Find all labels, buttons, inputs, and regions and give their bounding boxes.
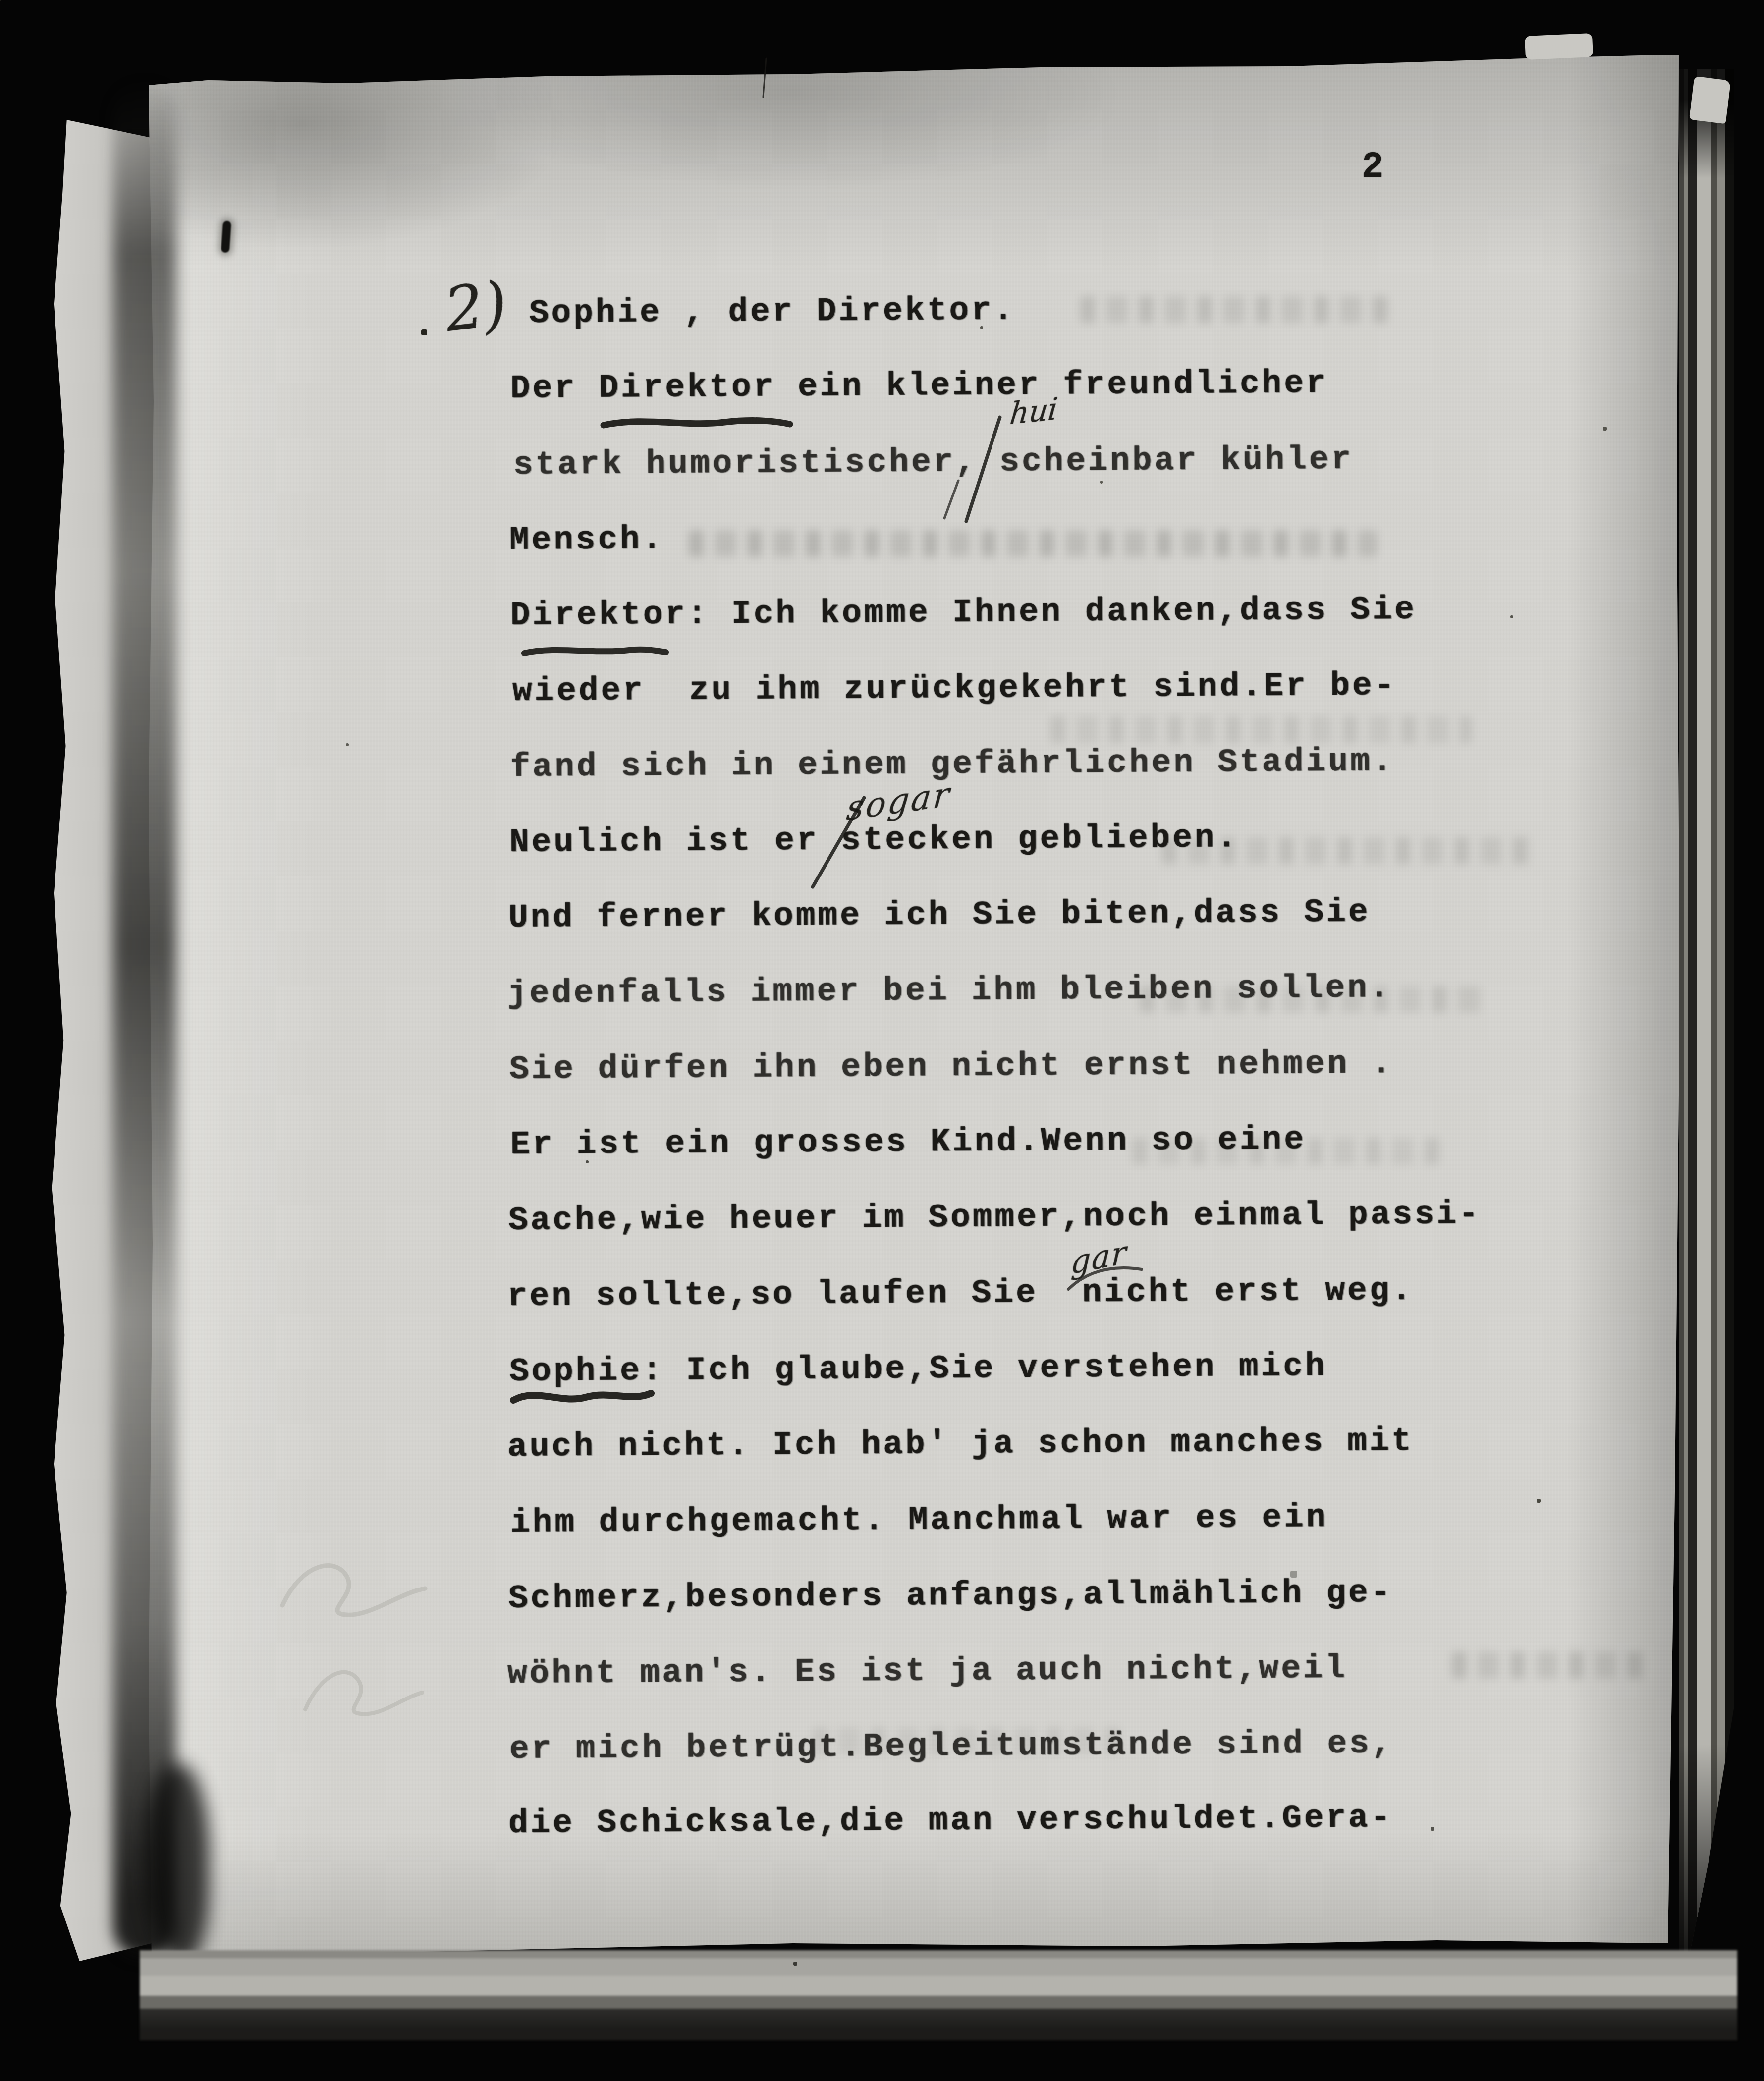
page-number: 2	[1362, 147, 1383, 188]
typed-line: Sophie: Ich glaube,Sie verstehen mich	[509, 1350, 1327, 1388]
bleedthrough-text-line	[689, 530, 1378, 557]
typed-line: stark humoristischer, scheinbar kühler	[513, 443, 1353, 482]
typed-line: er mich betrügt.Begleitumstände sind es,	[509, 1727, 1394, 1766]
scanned-manuscript-photo: 2 2) Sophie , der Direktor. Der Direktor…	[0, 0, 1764, 2081]
typed-line: ren sollte,so laufen Sie nicht erst weg.	[507, 1274, 1414, 1313]
dust-specks	[0, 0, 1, 1]
left-crease-shadow	[113, 84, 176, 1957]
typed-line: wieder zu ihm zurückgekehrt sind.Er be-	[512, 669, 1397, 708]
page-stack-right-edge	[1679, 69, 1734, 1972]
bleedthrough-text-line	[1050, 716, 1472, 743]
torn-sliver-top-edge	[1525, 33, 1593, 60]
typed-line: die Schicksale,die man verschuldet.Gera-	[508, 1802, 1393, 1840]
typed-line: auch nicht. Ich hab' ja schon manches mi…	[507, 1425, 1414, 1464]
bleedthrough-text-line	[1080, 296, 1387, 323]
typed-line: Direktor: Ich komme Ihnen danken,dass Si…	[510, 594, 1417, 632]
typed-line: Neulich ist er stecken geblieben.	[509, 821, 1239, 859]
typed-line: Er ist ein grosses Kind.Wenn so eine	[510, 1123, 1306, 1161]
typed-line: Sache,wie heuer im Sommer,noch einmal pa…	[508, 1198, 1481, 1237]
typed-line: jedenfalls immer bei ihm bleiben sollen.	[507, 972, 1392, 1010]
typed-line: wöhnt man's. Es ist ja auch nicht,weil	[507, 1652, 1347, 1691]
typed-line: ihm durchgemacht. Manchmal war es ein	[510, 1501, 1328, 1539]
typed-line: Der Direktor ein kleiner freundlicher	[510, 367, 1328, 405]
typed-line: Und ferner komme ich Sie biten,dass Sie	[508, 896, 1371, 934]
typed-line: Mensch.	[509, 523, 664, 557]
typed-line: Schmerz,besonders anfangs,allmählich ge-	[508, 1577, 1393, 1615]
page-stack-bottom-edge	[140, 1950, 1737, 2040]
typed-line: Sie dürfen ihn eben nicht ernst nehmen .	[509, 1047, 1394, 1086]
handwritten-insertion-scheinbar: hui	[1008, 391, 1059, 432]
page-corner-tab	[1689, 76, 1731, 124]
handwritten-scene-index: 2)	[441, 268, 511, 345]
bleedthrough-text-line	[1452, 1652, 1650, 1679]
scene-heading: Sophie , der Direktor.	[529, 294, 1016, 330]
